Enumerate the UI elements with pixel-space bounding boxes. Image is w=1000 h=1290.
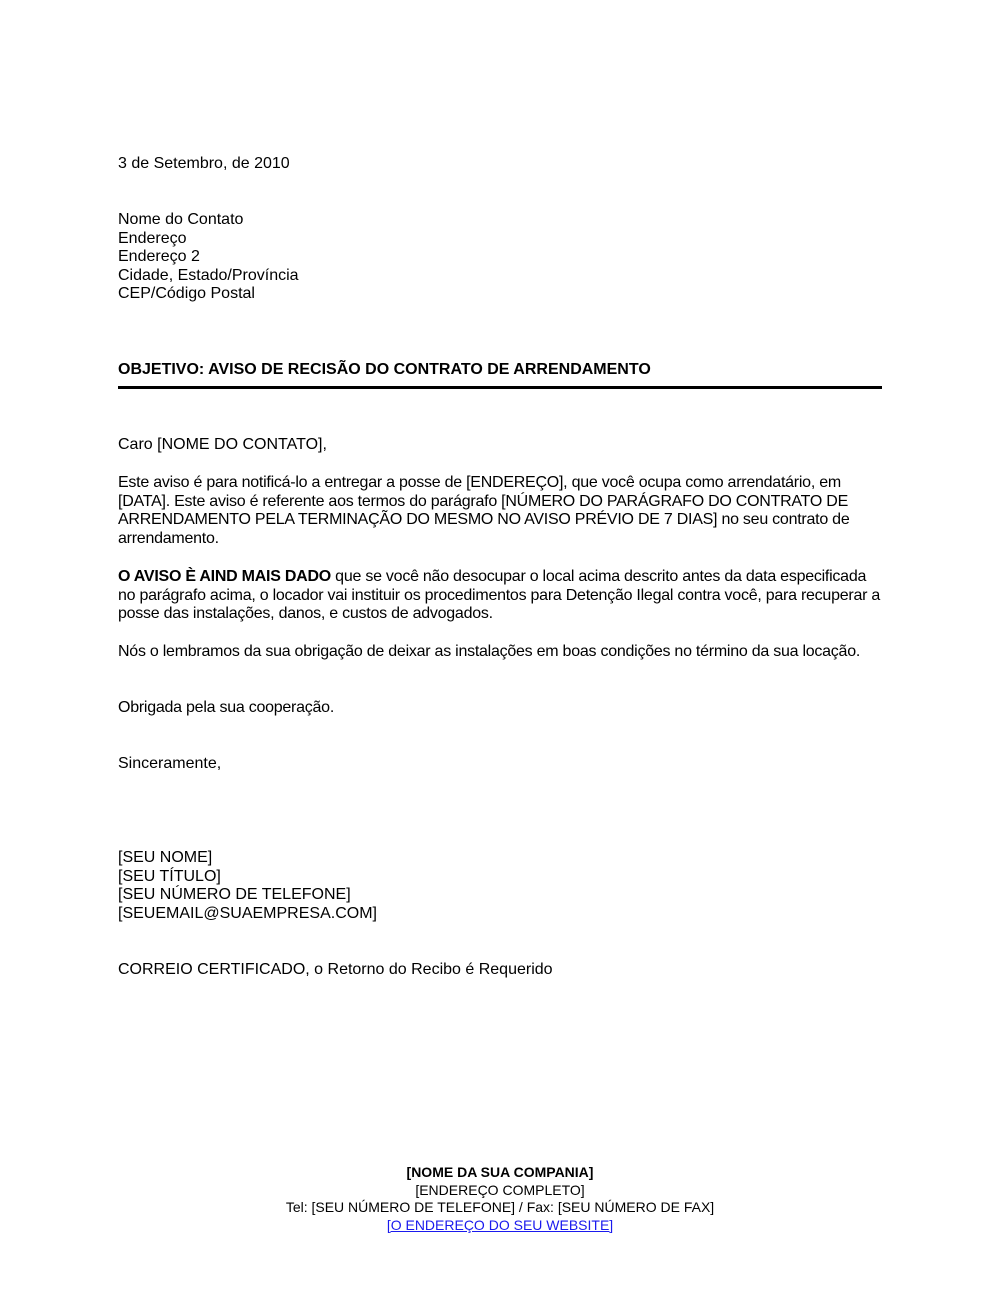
body-paragraph-warning: O AVISO È AIND MAIS DADO que se você não… (118, 568, 882, 624)
body-paragraph-thanks: Obrigada pela sua cooperação. (118, 699, 882, 718)
recipient-address: Nome do Contato Endereço Endereço 2 Cida… (118, 211, 299, 304)
signature-phone: [SEU NÚMERO DE TELEFONE] (118, 886, 377, 905)
greeting: Caro [NOME DO CONTATO], (118, 436, 327, 455)
delivery-note: CORREIO CERTIFICADO, o Retorno do Recibo… (118, 961, 553, 980)
body-paragraph-notice: Este aviso é para notificá-lo a entregar… (118, 474, 882, 548)
warning-emphasis: O AVISO È AIND MAIS DADO (118, 568, 331, 585)
footer-address: [ENDEREÇO COMPLETO] (0, 1182, 1000, 1200)
footer-contact: Tel: [SEU NÚMERO DE TELEFONE] / Fax: [SE… (0, 1199, 1000, 1217)
signature-name: [SEU NOME] (118, 849, 377, 868)
recipient-name: Nome do Contato (118, 211, 299, 230)
recipient-city-state: Cidade, Estado/Província (118, 267, 299, 286)
recipient-address-line-1: Endereço (118, 230, 299, 249)
letterhead-footer: [NOME DA SUA COMPANIA] [ENDEREÇO COMPLET… (0, 1164, 1000, 1234)
signature-email: [SEUEMAIL@SUAEMPRESA.COM] (118, 905, 377, 924)
closing: Sinceramente, (118, 755, 221, 774)
body-paragraph-reminder: Nós o lembramos da sua obrigação de deix… (118, 643, 882, 662)
recipient-postal-code: CEP/Código Postal (118, 285, 299, 304)
signature-block: [SEU NOME] [SEU TÍTULO] [SEU NÚMERO DE T… (118, 849, 377, 923)
letter-date: 3 de Setembro, de 2010 (118, 155, 290, 174)
footer-website-link[interactable]: [O ENDEREÇO DO SEU WEBSITE] (387, 1217, 613, 1233)
signature-title: [SEU TÍTULO] (118, 868, 377, 887)
subject-line: OBJETIVO: AVISO DE RECISÃO DO CONTRATO D… (118, 361, 651, 380)
recipient-address-line-2: Endereço 2 (118, 248, 299, 267)
subject-divider (118, 386, 882, 389)
footer-company-name: [NOME DA SUA COMPANIA] (0, 1164, 1000, 1182)
